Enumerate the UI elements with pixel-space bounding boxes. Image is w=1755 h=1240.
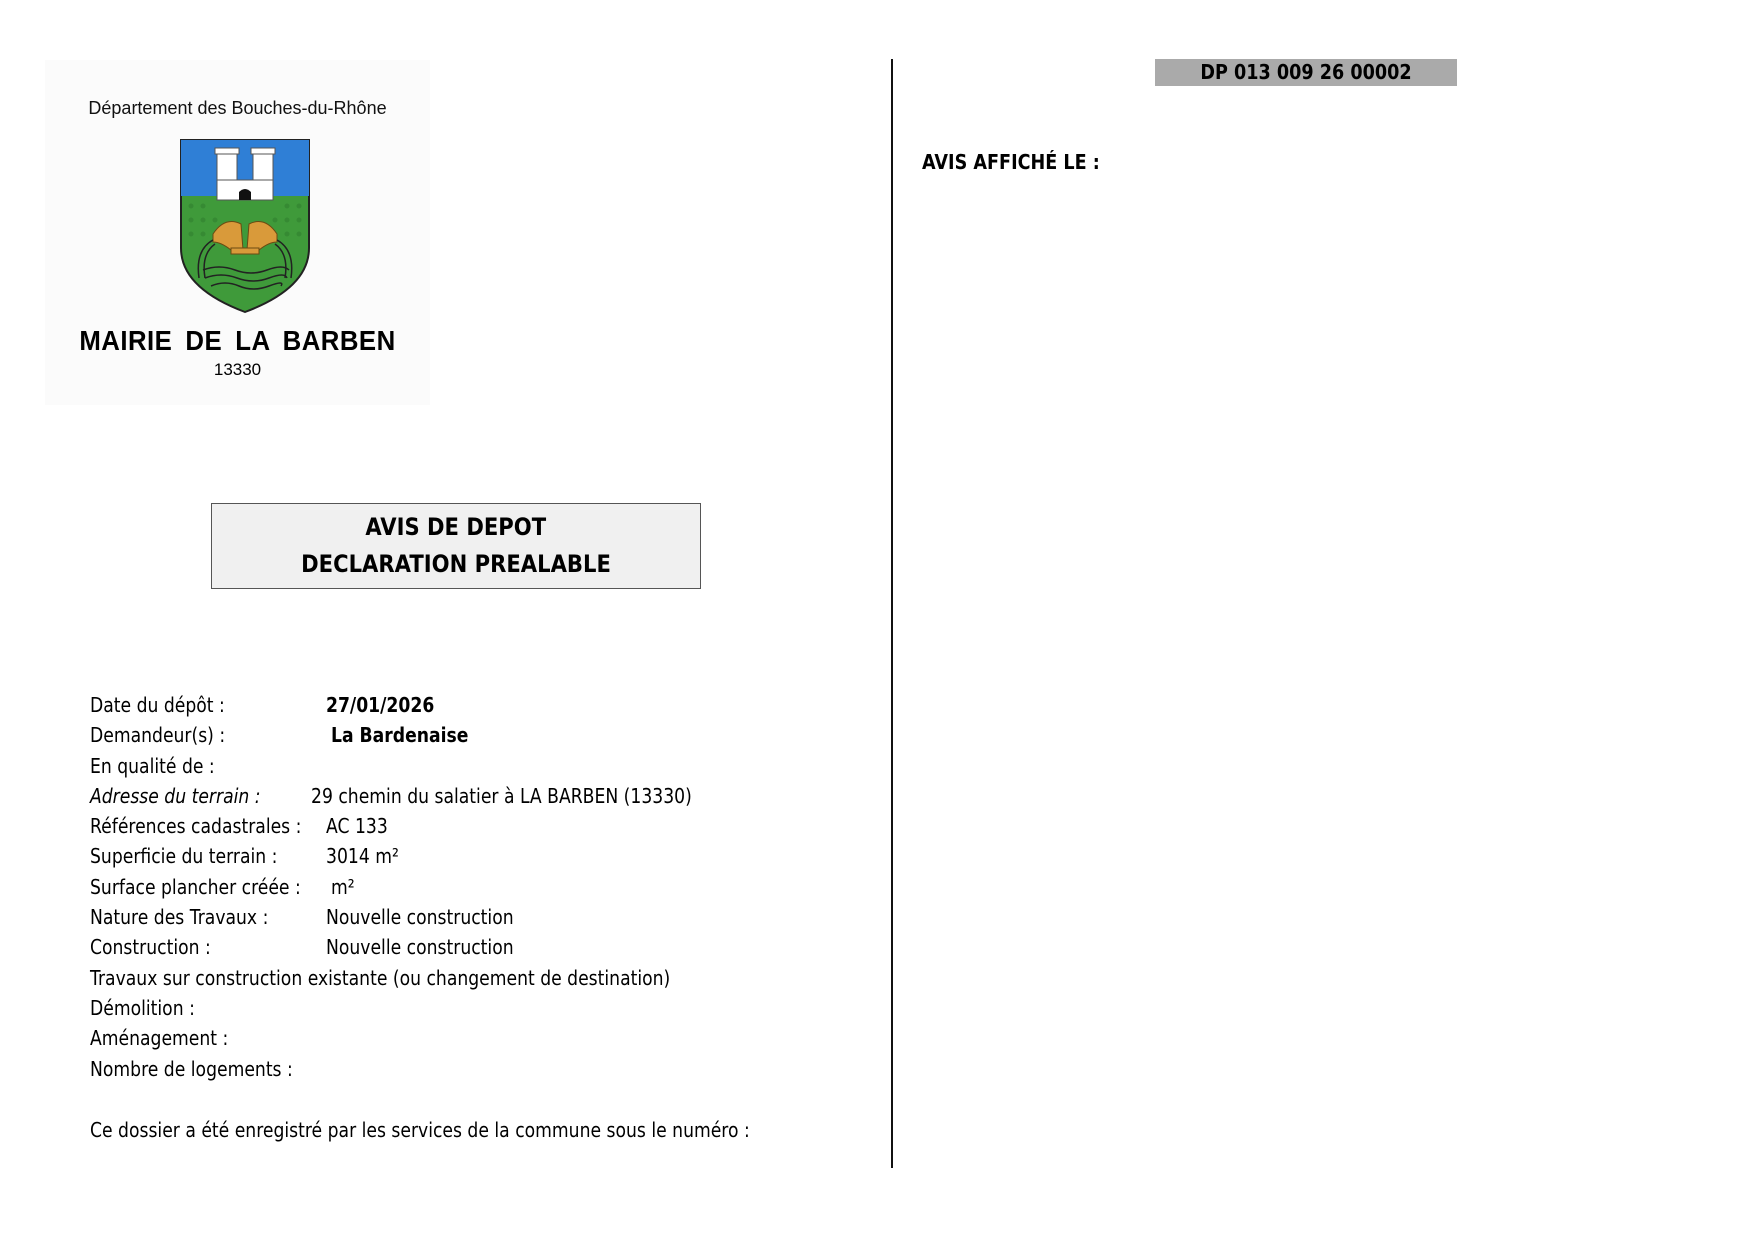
field-value: Nouvelle construction (326, 935, 514, 959)
field-label: En qualité de : (90, 754, 215, 778)
field-value: 29 chemin du salatier à LA BARBEN (13330… (311, 784, 692, 808)
field-value: 27/01/2026 (326, 693, 434, 717)
field-label: Aménagement : (90, 1026, 228, 1050)
field-value: m² (331, 875, 355, 899)
registration-note: Ce dossier a été enregistré par les serv… (90, 1118, 857, 1142)
field-label: Superficie du terrain : (90, 844, 277, 868)
field-label: Date du dépôt : (90, 693, 225, 717)
field-label: Adresse du terrain : (90, 784, 261, 808)
notice-title-box: AVIS DE DEPOT DECLARATION PREALABLE (211, 503, 701, 589)
registration-note-text: Ce dossier a été enregistré par les serv… (90, 1118, 750, 1142)
mairie-name: MAIRIE DE LA BARBEN (60, 325, 414, 357)
department-name: Département des Bouches-du-Rhône (45, 98, 430, 119)
avis-affiche-label: AVIS AFFICHÉ LE : (922, 150, 1124, 174)
field-label: Demandeur(s) : (90, 723, 225, 747)
field-value: Nouvelle construction (326, 905, 514, 929)
field-value: AC 133 (326, 814, 388, 838)
title-line-2: DECLARATION PREALABLE (301, 546, 611, 583)
field-label: Démolition : (90, 996, 195, 1020)
field-label: Construction : (90, 935, 211, 959)
vertical-divider (891, 59, 893, 1168)
dossier-number: DP 013 009 26 00002 (1200, 59, 1411, 86)
mairie-logo: Département des Bouches-du-Rhône (45, 60, 430, 405)
title-line-1: AVIS DE DEPOT (366, 509, 547, 546)
field-label: Références cadastrales : (90, 814, 301, 838)
postal-code: 13330 (45, 360, 430, 380)
field-label: Nombre de logements : (90, 1057, 293, 1081)
field-label: Surface plancher créée : (90, 875, 301, 899)
coat-of-arms-icon (179, 138, 311, 314)
field-label: Travaux sur construction existante (ou c… (90, 966, 670, 990)
field-value: La Bardenaise (331, 723, 468, 747)
field-label: Nature des Travaux : (90, 905, 268, 929)
dossier-number-badge: DP 013 009 26 00002 (1155, 59, 1457, 86)
field-value: 3014 m² (326, 844, 399, 868)
avis-affiche-text: AVIS AFFICHÉ LE : (922, 150, 1100, 174)
